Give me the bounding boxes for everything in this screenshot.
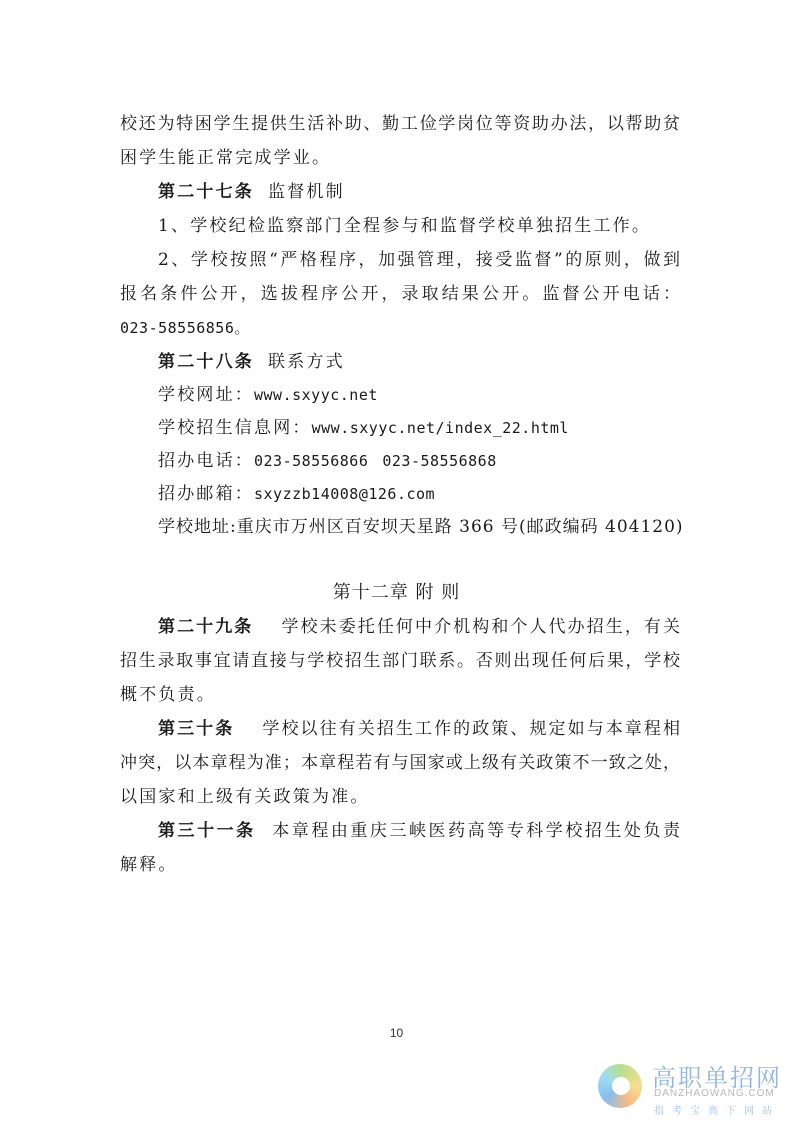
admissions-site-link[interactable]: www.sxyyc.net/index_22.html	[312, 419, 569, 437]
contact-label: 招办电话：	[158, 451, 254, 471]
article-29-line: 招生录取事宜请直接与学校招生部门联系。否则出现任何后果，学校	[120, 650, 680, 672]
contact-label: 学校地址:	[158, 517, 237, 537]
document-page: 校还为特困学生提供生活补助、勤工俭学岗位等资助办法，以帮助贫 困学生能正常完成学…	[0, 0, 793, 1122]
contact-label: 招办邮箱：	[158, 484, 254, 504]
article-27-item-2-line: 2、学校按照“严格程序，加强管理，接受监督”的原则，做到	[158, 249, 680, 271]
article-27-item-2-line: 报名条件公开，选拔程序公开，录取结果公开。监督公开电话：	[120, 283, 680, 305]
article-title: 监督机制	[268, 182, 345, 202]
contact-address: 学校地址:重庆市万州区百安坝天星路 366 号(邮政编码 404120)	[158, 516, 680, 538]
page-number: 10	[0, 1026, 793, 1040]
watermark: 高职单招网 DANZHAOWANG.COM 指考宝典下网站	[598, 1058, 788, 1118]
article-31-line: 解释。	[120, 854, 680, 876]
article-title: 联系方式	[268, 352, 345, 372]
contact-admissions-site: 学校招生信息网：www.sxyyc.net/index_22.html	[158, 417, 680, 439]
contact-website: 学校网址：www.sxyyc.net	[158, 384, 680, 406]
article-30-line: 以国家和上级有关政策为准。	[120, 786, 680, 808]
article-31-line: 第三十一条本章程由重庆三峡医药高等专科学校招生处负责	[158, 820, 680, 842]
contact-label: 学校网址：	[158, 385, 254, 405]
address-value: 重庆市万州区百安坝天星路 366 号(邮政编码 404120)	[237, 517, 684, 537]
paragraph-line: 校还为特困学生提供生活补助、勤工俭学岗位等资助办法，以帮助贫	[120, 113, 680, 135]
contact-email: 招办邮箱：sxyzzb14008@126.com	[158, 483, 680, 505]
email-link[interactable]: sxyzzb14008@126.com	[254, 485, 435, 503]
article-27-item-1: 1、学校纪检监察部门全程参与和监督学校单独招生工作。	[158, 215, 680, 237]
website-link[interactable]: www.sxyyc.net	[254, 386, 378, 404]
article-29-line: 第二十九条学校未委托任何中介机构和个人代办招生，有关	[158, 616, 680, 638]
watermark-domain: DANZHAOWANG.COM	[654, 1088, 775, 1099]
chapter-heading: 第十二章 附 则	[0, 581, 793, 605]
article-30-line: 第三十条学校以往有关招生工作的政策、规定如与本章程相	[158, 718, 680, 740]
article-label: 第二十九条	[158, 617, 253, 637]
article-label: 第三十一条	[158, 821, 256, 841]
contact-label: 学校招生信息网：	[158, 418, 312, 438]
article-30-line: 冲突，以本章程为准；本章程若有与国家或上级有关政策不一致之处，	[120, 752, 680, 774]
phone-number: 023-58556868	[382, 452, 496, 470]
paragraph-line: 困学生能正常完成学业。	[120, 147, 680, 169]
article-label: 第三十条	[158, 719, 234, 739]
article-29-line: 概不负责。	[120, 684, 680, 706]
watermark-slogan: 指考宝典下网站	[654, 1102, 780, 1117]
phone-number: 023-58556866	[254, 452, 368, 470]
supervision-phone: 023-58556856。	[120, 317, 680, 339]
article-27-heading: 第二十七条监督机制	[158, 181, 680, 203]
article-label: 第二十七条	[158, 182, 254, 202]
contact-phone: 招办电话：023-58556866023-58556868	[158, 450, 680, 472]
watermark-logo-icon	[598, 1064, 642, 1108]
article-28-heading: 第二十八条联系方式	[158, 351, 680, 373]
article-label: 第二十八条	[158, 352, 254, 372]
